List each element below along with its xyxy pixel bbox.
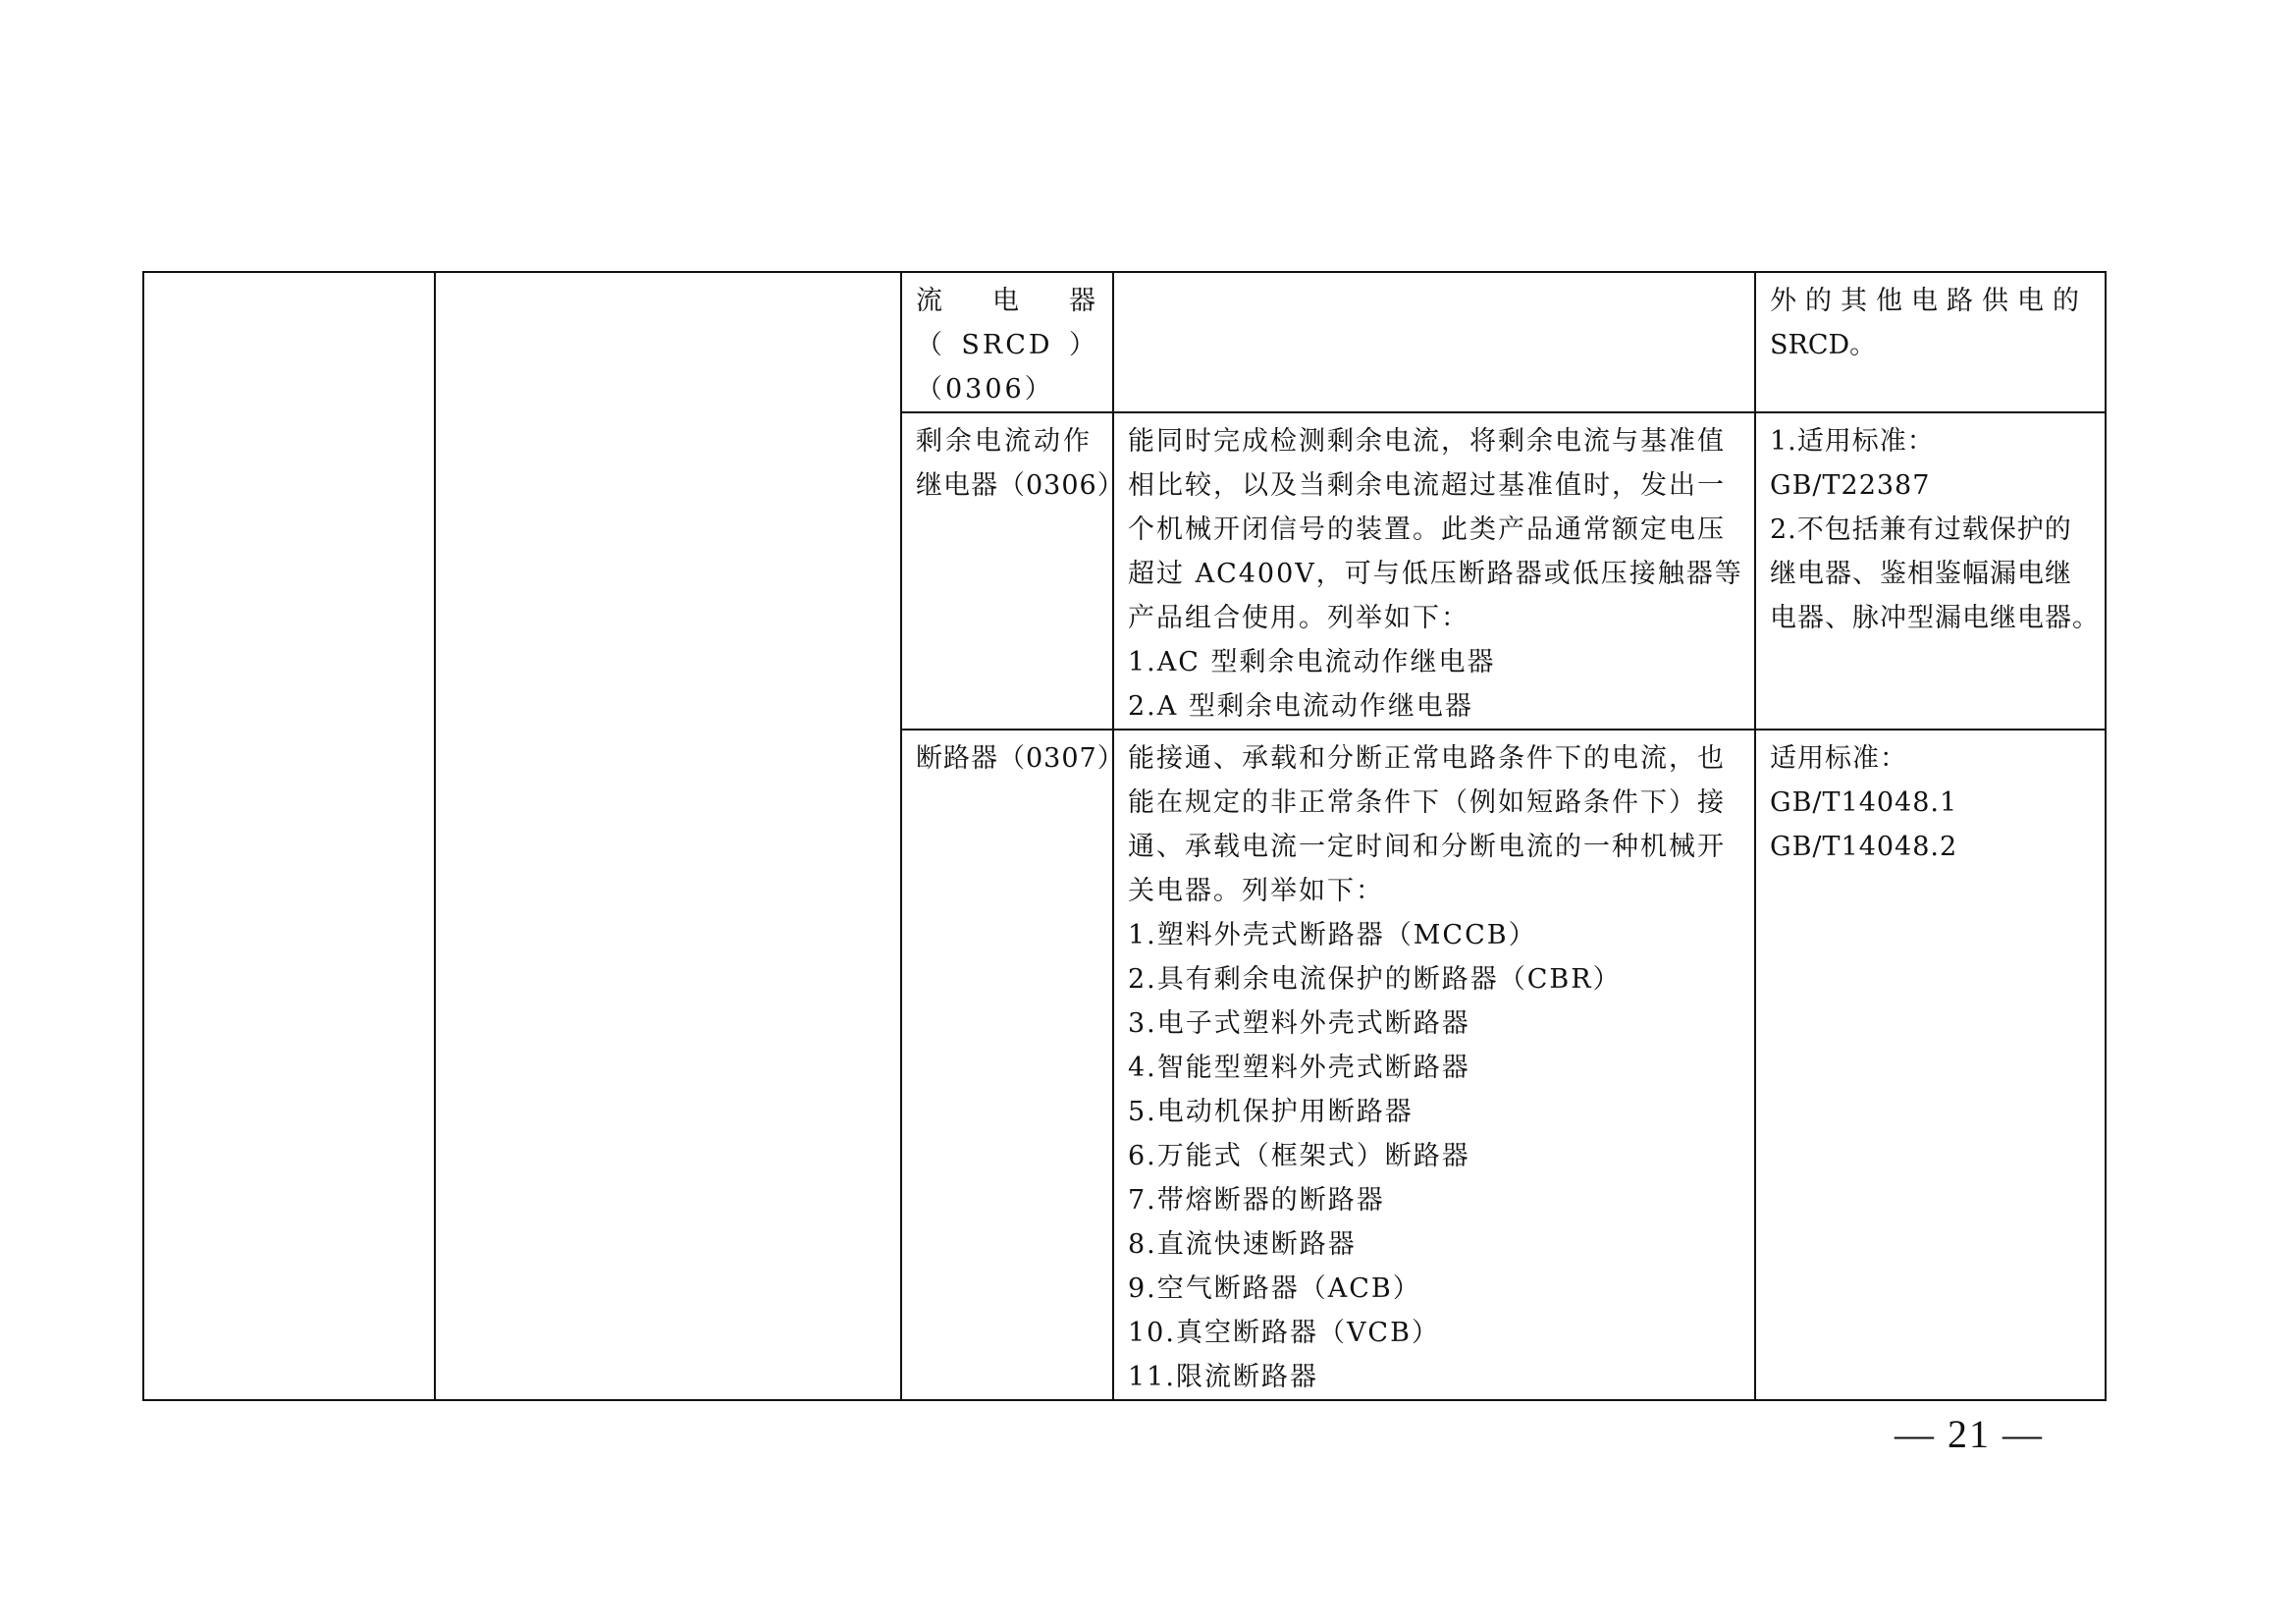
product-name-line: 断路器（0307）	[916, 736, 1098, 781]
category-cell	[143, 272, 435, 1400]
description-line: 超过 AC400V，可与低压断路器或低压接触器等	[1128, 552, 1740, 596]
notes-line: 继电器、鉴相鉴幅漏电继	[1770, 552, 2091, 596]
notes-line: 适用标准：	[1770, 736, 2091, 781]
page-number: — 21 —	[1895, 1411, 2044, 1457]
description-line: 11.限流断路器	[1128, 1355, 1740, 1399]
notes-line: SRCD。	[1770, 323, 2091, 367]
notes-line: 1.适用标准：	[1770, 419, 2091, 463]
product-name-line: （ SRCD ）	[916, 323, 1098, 367]
description-line: 9.空气断路器（ACB）	[1128, 1267, 1740, 1311]
notes-cell: 1.适用标准： GB/T22387 2.不包括兼有过载保护的 继电器、鉴相鉴幅漏…	[1755, 412, 2106, 730]
description-line: 5.电动机保护用断路器	[1128, 1090, 1740, 1134]
description-line: 4.智能型塑料外壳式断路器	[1128, 1046, 1740, 1090]
description-line: 2.A 型剩余电流动作继电器	[1128, 684, 1740, 729]
description-cell: 能同时完成检测剩余电流，将剩余电流与基准值 相比较，以及当剩余电流超过基准值时，…	[1113, 412, 1755, 730]
product-name-line: 流 电 器	[916, 279, 1098, 323]
description-line: 2.具有剩余电流保护的断路器（CBR）	[1128, 957, 1740, 1001]
product-name-cell: 断路器（0307）	[901, 730, 1113, 1400]
description-line: 6.万能式（框架式）断路器	[1128, 1134, 1740, 1178]
description-line: 10.真空断路器（VCB）	[1128, 1311, 1740, 1355]
description-line: 能接通、承载和分断正常电路条件下的电流，也	[1128, 736, 1740, 781]
notes-line: 2.不包括兼有过载保护的	[1770, 508, 2091, 552]
product-catalog-table: 流 电 器 （ SRCD ） （0306） 外的其他电路供电的 SRCD。	[142, 271, 2107, 1401]
subcategory-cell	[435, 272, 901, 1400]
description-cell: 能接通、承载和分断正常电路条件下的电流，也 能在规定的非正常条件下（例如短路条件…	[1113, 730, 1755, 1400]
description-line: 1.塑料外壳式断路器（MCCB）	[1128, 913, 1740, 957]
description-line: 产品组合使用。列举如下：	[1128, 596, 1740, 640]
product-name-line: 剩余电流动作	[916, 419, 1098, 463]
description-line: 7.带熔断器的断路器	[1128, 1178, 1740, 1222]
description-line: 8.直流快速断路器	[1128, 1222, 1740, 1267]
description-line: 1.AC 型剩余电流动作继电器	[1128, 640, 1740, 684]
description-line: 3.电子式塑料外壳式断路器	[1128, 1001, 1740, 1046]
description-cell	[1113, 272, 1755, 412]
product-name-cell: 流 电 器 （ SRCD ） （0306）	[901, 272, 1113, 412]
notes-line: 电器、脉冲型漏电继电器。	[1770, 596, 2091, 640]
notes-line: 外的其他电路供电的	[1770, 279, 2091, 323]
notes-cell: 适用标准： GB/T14048.1 GB/T14048.2	[1755, 730, 2106, 1400]
description-line: 关电器。列举如下：	[1128, 869, 1740, 913]
document-page: 流 电 器 （ SRCD ） （0306） 外的其他电路供电的 SRCD。	[0, 0, 2296, 1624]
description-line: 能在规定的非正常条件下（例如短路条件下）接	[1128, 781, 1740, 825]
product-name-cell: 剩余电流动作 继电器（0306）	[901, 412, 1113, 730]
notes-line: GB/T22387	[1770, 463, 2091, 508]
description-line: 相比较，以及当剩余电流超过基准值时，发出一	[1128, 463, 1740, 508]
description-line: 通、承载电流一定时间和分断电流的一种机械开	[1128, 825, 1740, 869]
notes-cell: 外的其他电路供电的 SRCD。	[1755, 272, 2106, 412]
product-name-line: （0306）	[916, 367, 1098, 411]
description-line: 个机械开闭信号的装置。此类产品通常额定电压	[1128, 508, 1740, 552]
description-line: 能同时完成检测剩余电流，将剩余电流与基准值	[1128, 419, 1740, 463]
notes-line: GB/T14048.1	[1770, 781, 2091, 825]
table-row: 流 电 器 （ SRCD ） （0306） 外的其他电路供电的 SRCD。	[143, 272, 2106, 412]
notes-line: GB/T14048.2	[1770, 825, 2091, 869]
product-name-line: 继电器（0306）	[916, 463, 1098, 508]
